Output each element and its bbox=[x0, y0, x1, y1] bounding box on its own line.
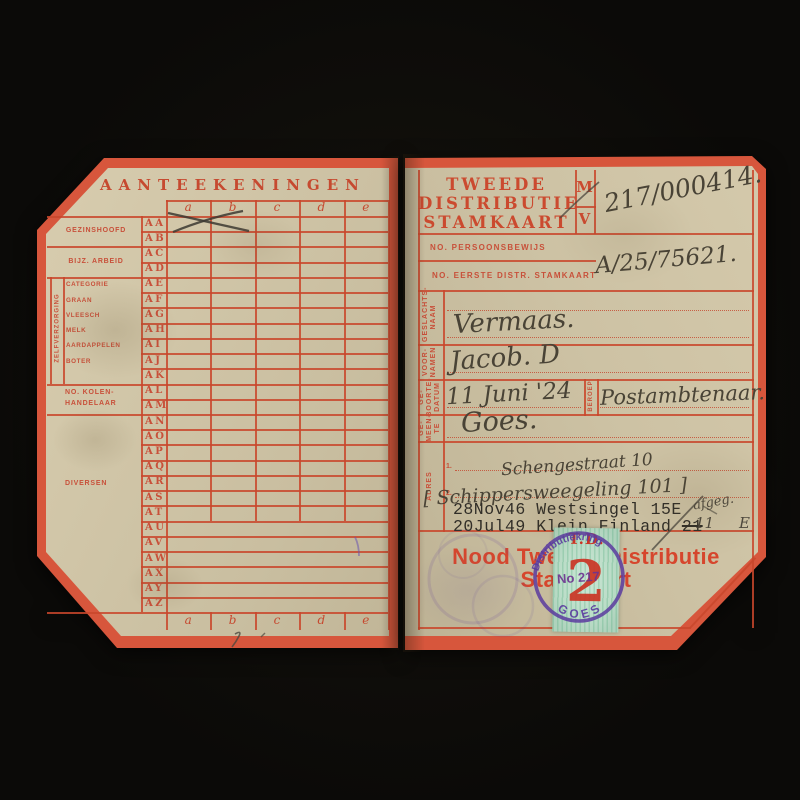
photo-background: AANTEEKENINGEN AAABACADAEAFAGAHAIAJAKALA… bbox=[0, 0, 800, 800]
footer-pencil-mark bbox=[232, 632, 240, 647]
ink-smudge bbox=[355, 537, 359, 556]
right-page-pencil-marks bbox=[403, 154, 769, 652]
pencil-slash bbox=[652, 496, 703, 550]
right-page: TWEEDE DISTRIBUTIE STAMKAART M V NO. PER… bbox=[403, 154, 769, 652]
left-page-pencil-marks bbox=[37, 156, 399, 650]
left-page: AANTEEKENINGEN AAABACADAEAFAGAHAIAJAKALA… bbox=[37, 156, 399, 650]
mv-pencil-slash bbox=[560, 182, 599, 218]
